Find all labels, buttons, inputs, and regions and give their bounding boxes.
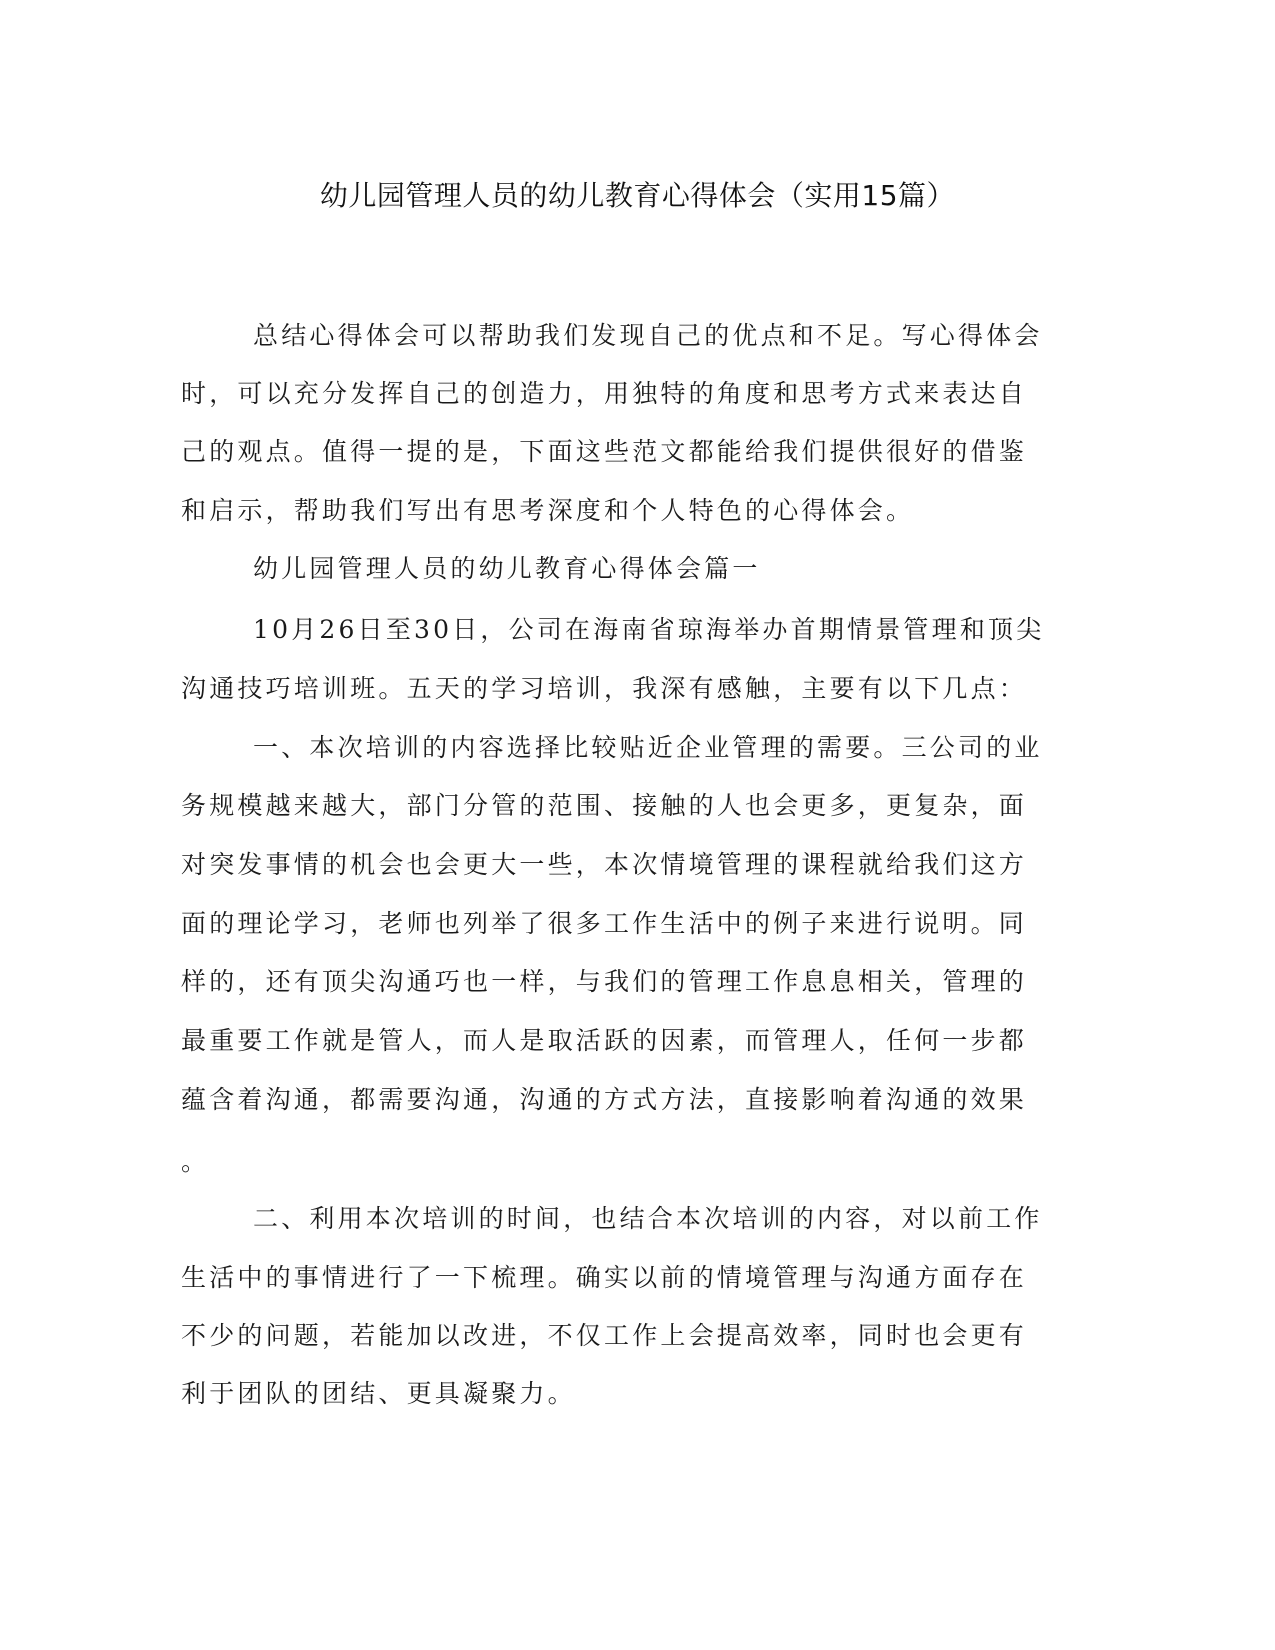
paragraph-point-one-line-7: 蕴含着沟通，都需要沟通，沟通的方式方法，直接影响着沟通的效果 xyxy=(181,1082,1027,1118)
paragraph-point-two-line-1: 二、利用本次培训的时间，也结合本次培训的内容，对以前工作 xyxy=(253,1201,1043,1237)
paragraph-training-line-2: 沟通技巧培训班。五天的学习培训，我深有感触，主要有以下几点： xyxy=(181,671,1027,707)
paragraph-intro-line-1: 总结心得体会可以帮助我们发现自己的优点和不足。写心得体会 xyxy=(253,318,1043,354)
paragraph-point-one-line-2: 务规模越来越大，部门分管的范围、接触的人也会更多，更复杂，面 xyxy=(181,788,1027,824)
paragraph-intro-line-2: 时，可以充分发挥自己的创造力，用独特的角度和思考方式来表达自 xyxy=(181,376,1027,412)
paragraph-point-two-line-4: 利于团队的团结、更具凝聚力。 xyxy=(181,1376,576,1412)
paragraph-point-one-line-3: 对突发事情的机会也会更大一些，本次情境管理的课程就给我们这方 xyxy=(181,847,1027,883)
paragraph-point-one-line-4: 面的理论学习，老师也列举了很多工作生活中的例子来进行说明。同 xyxy=(181,906,1027,942)
paragraph-point-one-line-1: 一、本次培训的内容选择比较贴近企业管理的需要。三公司的业 xyxy=(253,730,1043,766)
paragraph-training-line-1: 10月26日至30日，公司在海南省琼海举办首期情景管理和顶尖 xyxy=(253,612,1044,648)
document-page: 幼儿园管理人员的幼儿教育心得体会（实用15篇） 总结心得体会可以帮助我们发现自己… xyxy=(0,0,1275,1650)
paragraph-point-one-line-5: 样的，还有顶尖沟通巧也一样，与我们的管理工作息息相关，管理的 xyxy=(181,964,1027,1000)
paragraph-intro-line-3: 己的观点。值得一提的是，下面这些范文都能给我们提供很好的借鉴 xyxy=(181,434,1027,470)
paragraph-intro-line-4: 和启示，帮助我们写出有思考深度和个人特色的心得体会。 xyxy=(181,493,914,529)
paragraph-point-one-line-6: 最重要工作就是管人，而人是取活跃的因素，而管理人，任何一步都 xyxy=(181,1023,1027,1059)
paragraph-point-two-line-2: 生活中的事情进行了一下梳理。确实以前的情境管理与沟通方面存在 xyxy=(181,1260,1027,1296)
section-heading-part-one: 幼儿园管理人员的幼儿教育心得体会篇一 xyxy=(253,551,761,587)
paragraph-point-two-line-3: 不少的问题，若能加以改进，不仅工作上会提高效率，同时也会更有 xyxy=(181,1318,1027,1354)
paragraph-point-one-line-8: 。 xyxy=(181,1144,209,1180)
document-title: 幼儿园管理人员的幼儿教育心得体会（实用15篇） xyxy=(0,176,1275,216)
